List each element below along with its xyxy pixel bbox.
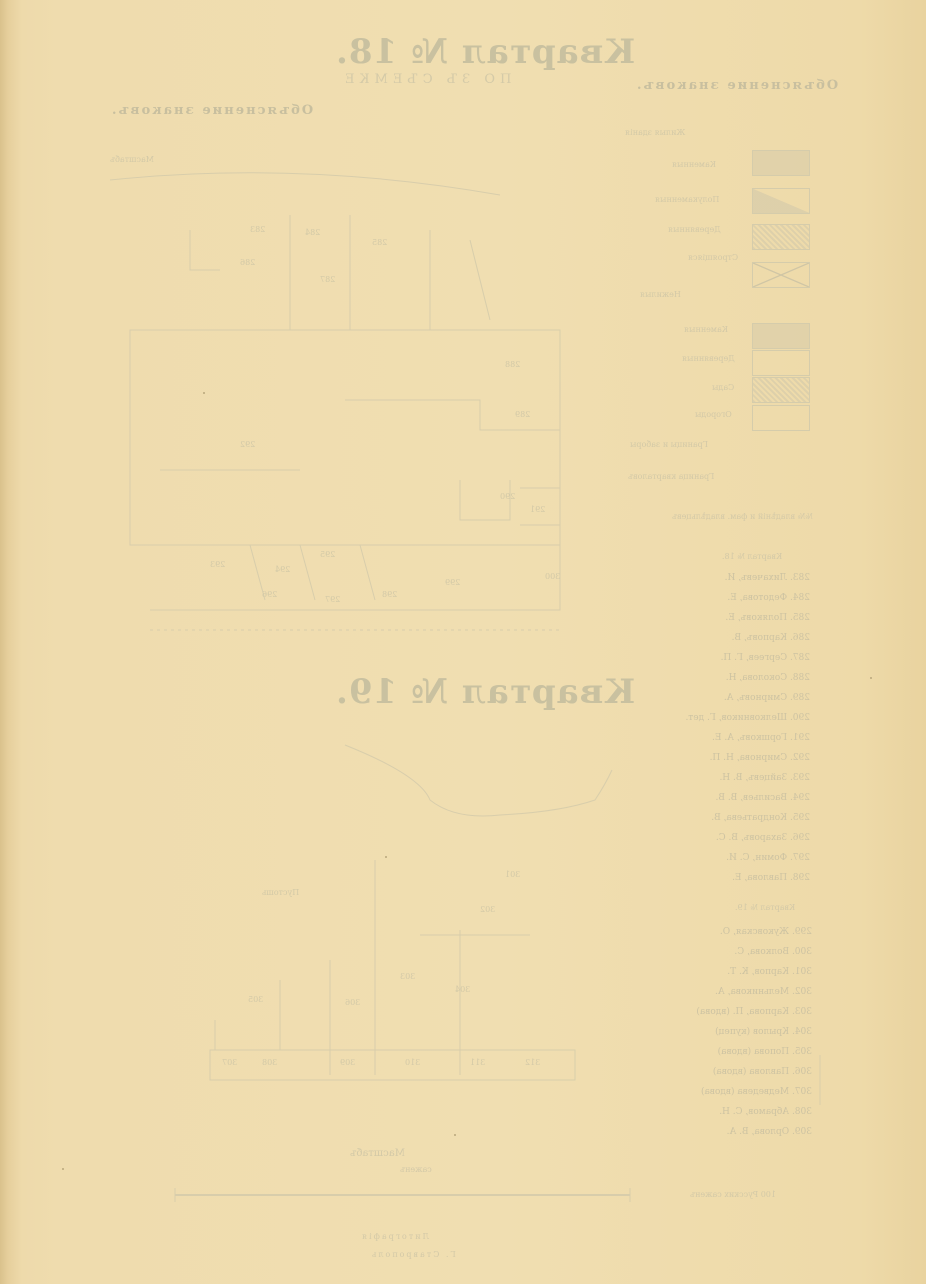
plot-label: 289 xyxy=(515,410,530,419)
legend-line-item: Границы и заборы xyxy=(630,440,708,449)
legend-label: Строящіяся xyxy=(688,253,738,262)
legend-heading: Объяснение знаковъ. xyxy=(635,78,838,93)
owner-entry: 288. Соколова, Н. xyxy=(690,668,810,688)
plot-label: 284 xyxy=(305,228,320,237)
footer-printer-city: Г. Ставрополь xyxy=(370,1250,456,1259)
plot-label: 283 xyxy=(250,225,265,234)
owners-q19-list: 299. Жуковская, О. 300. Волкова, С. 301.… xyxy=(672,922,812,1142)
legend-label: Каменныя xyxy=(672,160,716,169)
legend-swatch-empty xyxy=(752,405,810,431)
owners-q18-list: 283. Лихачевъ, И. 284. Федотова, Е. 285.… xyxy=(690,568,810,888)
owners-q19-heading: Квартал № 19. xyxy=(735,903,795,912)
plot-label: 296 xyxy=(262,590,277,599)
paper-speck xyxy=(870,677,872,679)
plot-label: 291 xyxy=(530,505,545,514)
plot-label: 285 xyxy=(372,238,387,247)
plot-label: 301 xyxy=(505,870,520,879)
plot-label: 308 xyxy=(262,1058,277,1067)
legend-label: Сады xyxy=(712,383,734,392)
owner-entry: 301. Карпов, К. Т. xyxy=(672,962,812,982)
plot-label: 302 xyxy=(480,905,495,914)
legend-swatch-empty xyxy=(752,350,810,376)
owner-entry: 290. Шелковников, Г. дет. xyxy=(690,708,810,728)
plot-label: 310 xyxy=(405,1058,420,1067)
footer-printer: Литографія xyxy=(360,1232,429,1241)
plot-label: 297 xyxy=(325,595,340,604)
owner-entry: 284. Федотова, Е. xyxy=(690,588,810,608)
owner-entry: 304. Крылов (купец) xyxy=(672,1022,812,1042)
plot-label: 287 xyxy=(320,275,335,284)
owner-entry: 286. Карповъ, В. xyxy=(690,628,810,648)
legend-subheading-nonresidential: Нежилыя xyxy=(640,290,681,299)
legend-swatch-solid xyxy=(752,150,810,176)
map-19-note: Пустошь xyxy=(262,888,299,897)
plot-label: 312 xyxy=(525,1058,540,1067)
map-18-legend-heading: Объяснение знаковъ. xyxy=(110,103,313,118)
paper-speck xyxy=(203,392,205,394)
plot-label: 309 xyxy=(340,1058,355,1067)
paper-speck xyxy=(62,1168,64,1170)
plot-label: 298 xyxy=(382,590,397,599)
plot-label: 292 xyxy=(240,440,255,449)
map-18-subtitle: ПО ЗЪ СЪЕМКЕ xyxy=(340,72,511,87)
map-19-title: Квартал № 19. xyxy=(335,672,635,712)
plot-label: 304 xyxy=(455,985,470,994)
map-18-scale-note: Масштабъ xyxy=(110,155,154,164)
owner-entry: 299. Жуковская, О. xyxy=(672,922,812,942)
owner-entry: 283. Лихачевъ, И. xyxy=(690,568,810,588)
owner-entry: 308. Абрамов, С. Н. xyxy=(672,1102,812,1122)
plot-label: 300 xyxy=(545,572,560,581)
paper-speck xyxy=(385,856,387,858)
legend-label: Огороды xyxy=(695,410,732,419)
owner-entry: 293. Зайцевъ, В. Н. xyxy=(690,768,810,788)
owner-entry: 295. Кондратьева, В. xyxy=(690,808,810,828)
map-18-title: Квартал № 18. xyxy=(335,32,635,72)
paper-speck xyxy=(454,1134,456,1136)
owner-entry: 297. Фомин, С. И. xyxy=(690,848,810,868)
owner-entry: 291. Горшковъ, А. Е. xyxy=(690,728,810,748)
owner-entry: 296. Захаровъ, В. С. xyxy=(690,828,810,848)
plot-label: 286 xyxy=(240,258,255,267)
plot-label: 294 xyxy=(275,565,290,574)
owner-entry: 303. Карпова, П. (вдова) xyxy=(672,1002,812,1022)
plot-label: 305 xyxy=(248,995,263,1004)
owner-entry: 302. Мельникова, А. xyxy=(672,982,812,1002)
atlas-page-verso: Квартал № 18. ПО ЗЪ СЪЕМКЕ Объяснение зн… xyxy=(0,0,926,1284)
legend-swatch-solid xyxy=(752,323,810,349)
plot-label: 290 xyxy=(500,492,515,501)
legend-swatch-triangle xyxy=(752,188,810,214)
owner-entry: 298. Павлова, Е. xyxy=(690,868,810,888)
plot-label: 303 xyxy=(400,972,415,981)
plot-label: 311 xyxy=(470,1058,485,1067)
legend-label: Деревянныя xyxy=(668,225,721,234)
legend-swatch-hatched xyxy=(752,224,810,250)
owner-entry: 285. Поляковъ, Е. xyxy=(690,608,810,628)
legend-swatch-crossed xyxy=(752,262,810,288)
plot-label: 295 xyxy=(320,550,335,559)
owner-entry: 306. Павлова (вдова) xyxy=(672,1062,812,1082)
footer-scale-label: 100 Русских саженъ xyxy=(690,1190,776,1199)
owner-entry: 309. Орлова, В. А. xyxy=(672,1122,812,1142)
owner-entry: 287. Сергеев, Г. П. xyxy=(690,648,810,668)
owner-entry: 292. Смирнова, Н. П. xyxy=(690,748,810,768)
owner-entry: 294. Васильев, В. В. xyxy=(690,788,810,808)
plot-label: 288 xyxy=(505,360,520,369)
owner-entry: 305. Попова (вдова) xyxy=(672,1042,812,1062)
owner-entry: 300. Волкова, С. xyxy=(672,942,812,962)
plot-label: 307 xyxy=(222,1058,237,1067)
legend-label: Полукаменныя xyxy=(655,195,719,204)
owner-entry: 307. Медведева (вдова) xyxy=(672,1082,812,1102)
legend-line-item: Граница кварталовъ xyxy=(628,472,714,481)
legend-label: Деревянныя xyxy=(682,354,735,363)
footer-scale-title: Масштабъ xyxy=(350,1148,405,1159)
owner-entry: 289. Смирновъ, А. xyxy=(690,688,810,708)
plot-label: 299 xyxy=(445,578,460,587)
owners-q18-heading: Квартал № 18. xyxy=(722,552,782,561)
footer-scale-units: саженъ xyxy=(400,1165,432,1174)
plot-label: 306 xyxy=(345,998,360,1007)
legend-label: Каменныя xyxy=(684,325,728,334)
legend-note: №№ владѣній и фам. владѣльцевъ xyxy=(672,512,813,521)
legend-subheading-residential: Жилыя зданія xyxy=(625,128,685,137)
plot-label: 293 xyxy=(210,560,225,569)
legend-swatch-hatched xyxy=(752,377,810,403)
